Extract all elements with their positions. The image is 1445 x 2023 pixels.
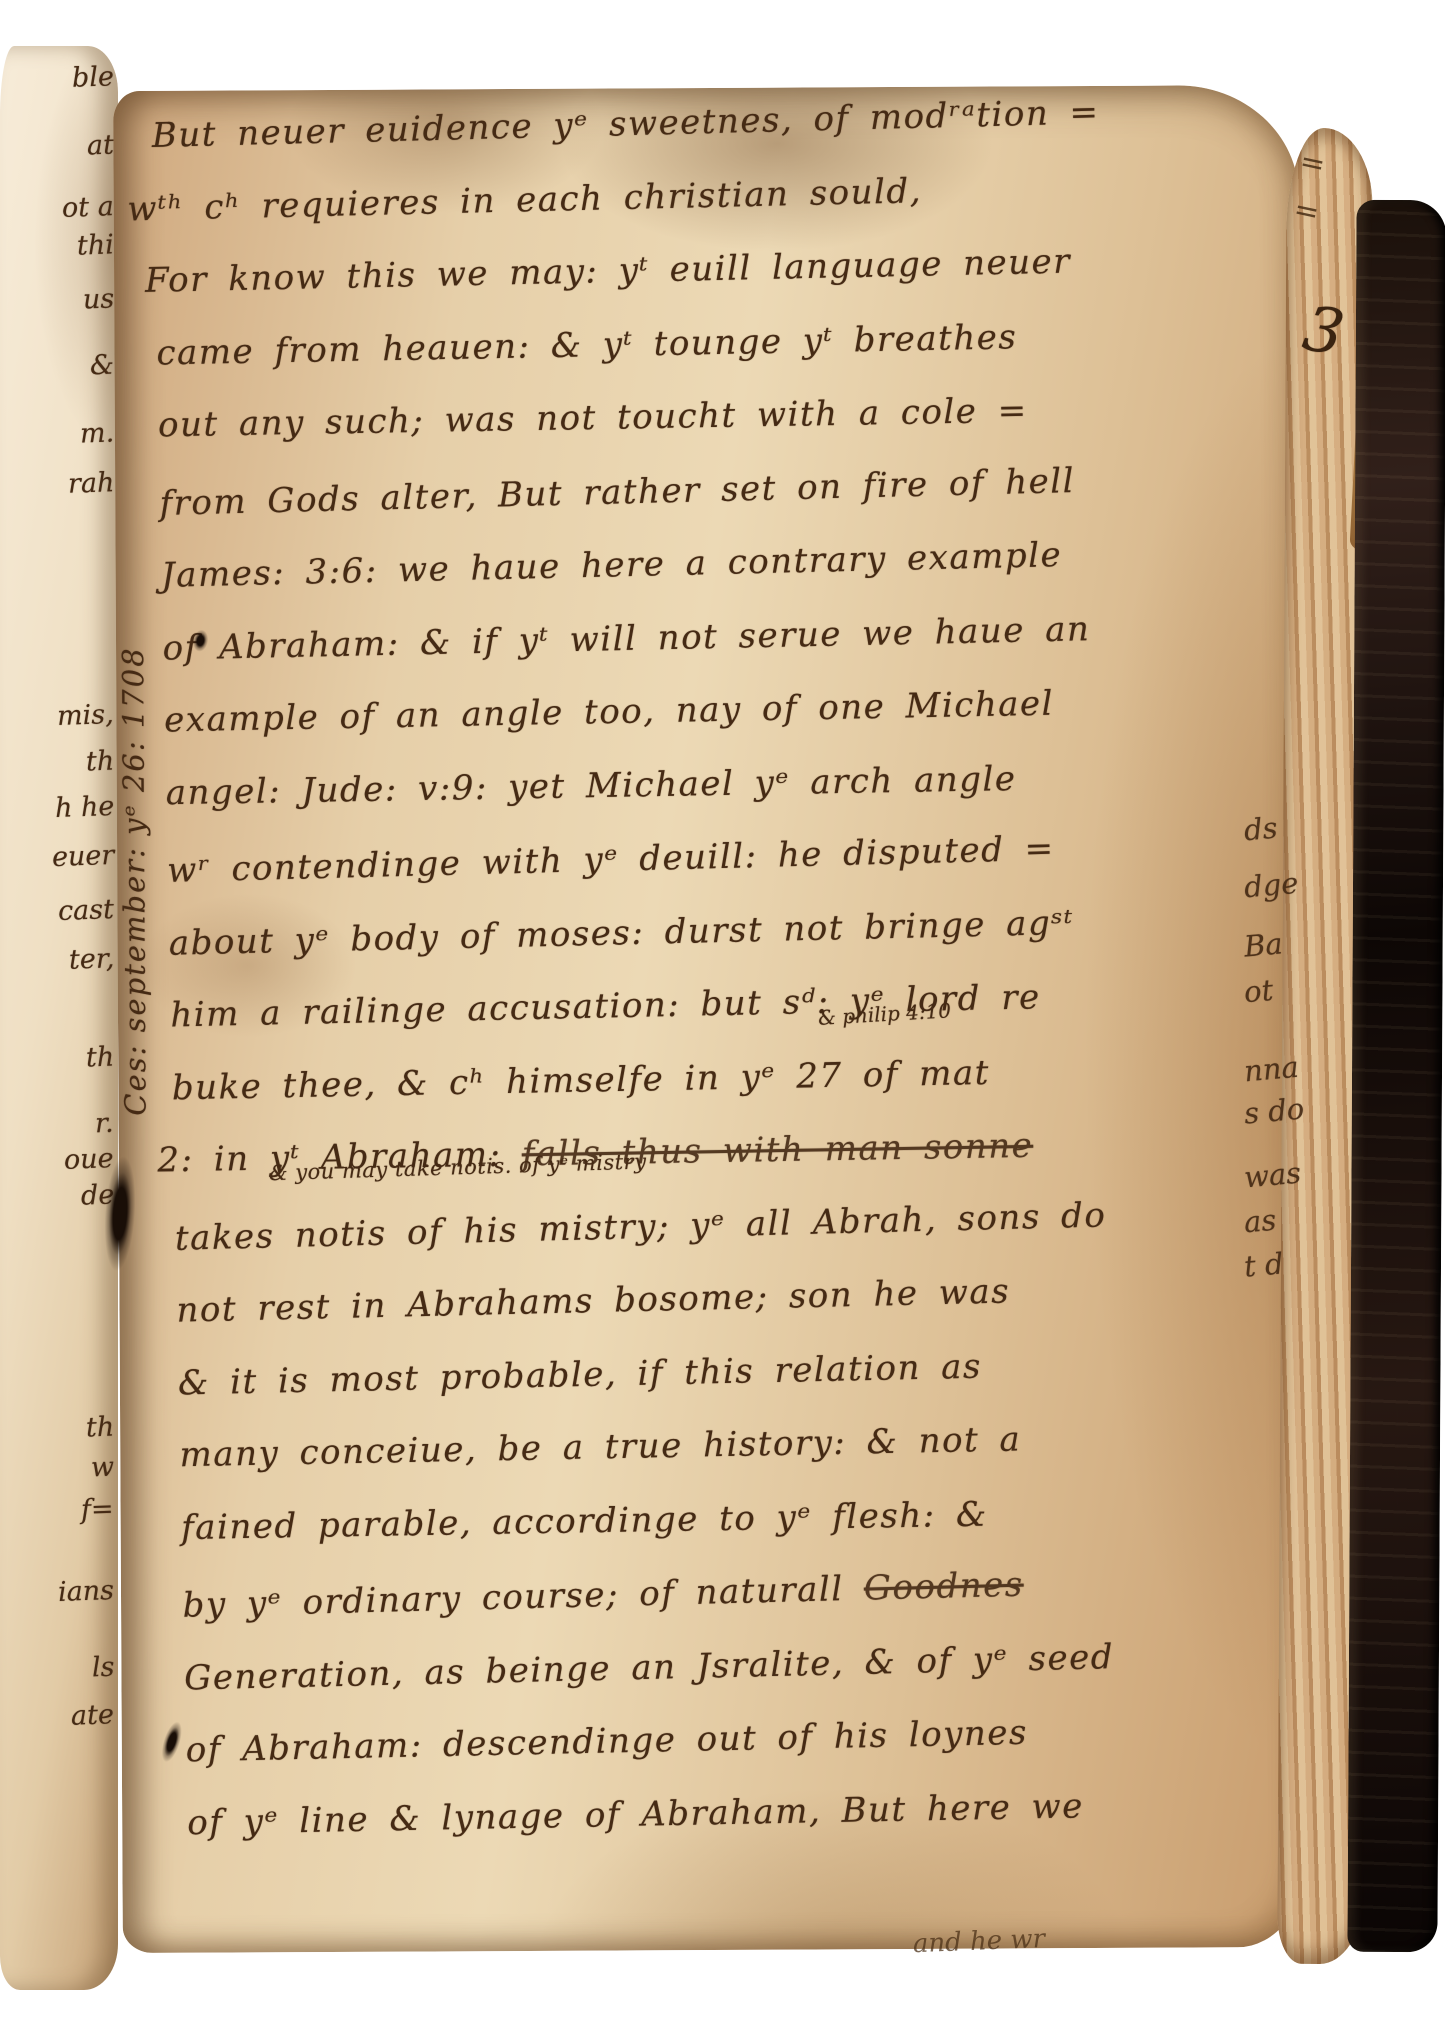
facing-page-text-fragment: w bbox=[90, 1452, 114, 1484]
facing-page-text-fragment: euer bbox=[51, 840, 114, 873]
facing-page-text-fragment: ls bbox=[91, 1652, 115, 1684]
facing-page-text-fragment: th bbox=[85, 1042, 114, 1074]
facing-page-text-fragment: oue bbox=[64, 1143, 115, 1176]
facing-page-text-fragment: ot a bbox=[62, 191, 115, 224]
facing-page-text-fragment: th bbox=[85, 1412, 114, 1444]
manuscript-text: But neuer euidence yᵉ sweetnes, of modʳᵃ… bbox=[151, 90, 1298, 1877]
facing-page-text-fragment: ians bbox=[57, 1575, 114, 1608]
fore-edge-text-fragment: ds bbox=[1243, 811, 1279, 848]
ink-blot bbox=[158, 1719, 186, 1764]
fore-edge-text-fragment: ot bbox=[1243, 973, 1275, 1009]
fore-edge-text-fragment: was bbox=[1243, 1156, 1303, 1195]
facing-page-text-fragment: th bbox=[85, 746, 114, 778]
facing-page-text-fragment: m. bbox=[79, 417, 114, 449]
manuscript-photo: bleatot athius&m.rahmis,thh heeuercastte… bbox=[0, 0, 1445, 2023]
fore-edge-text-fragment: dge bbox=[1243, 866, 1300, 905]
facing-page-edge: bleatot athius&m.rahmis,thh heeuercastte… bbox=[0, 46, 118, 1990]
facing-page-text-fragment: ble bbox=[72, 61, 115, 93]
leather-cover bbox=[1347, 200, 1445, 1952]
manuscript-page: Ces: september: yᵉ 26: 1708 But neuer eu… bbox=[113, 85, 1308, 1953]
struck-text: Goodnes bbox=[863, 1565, 1024, 1609]
facing-page-text-fragment: cast bbox=[58, 894, 115, 927]
trailing-text-fragment: and he wr bbox=[912, 1924, 1045, 1959]
fore-edge-text-fragment: as bbox=[1243, 1203, 1278, 1240]
fore-edge-text-fragment: nna bbox=[1243, 1050, 1300, 1089]
facing-page-text-fragment: ate bbox=[71, 1699, 115, 1731]
facing-page-text-fragment: thi bbox=[77, 229, 115, 261]
fore-edge-text-fragment: t d bbox=[1243, 1246, 1285, 1283]
fore-edge-text-fragment: s do bbox=[1243, 1091, 1306, 1130]
facing-page-text-fragment: f= bbox=[81, 1493, 115, 1525]
fore-edge-text-fragment: Ba bbox=[1243, 926, 1284, 963]
facing-page-text-fragment: h he bbox=[54, 791, 114, 824]
facing-page-text-fragment: at bbox=[87, 130, 115, 162]
facing-page-text-fragment: mis, bbox=[57, 699, 115, 732]
facing-page-text-fragment: us bbox=[82, 283, 114, 315]
facing-page-text-fragment: r. bbox=[95, 1108, 115, 1140]
facing-page-text-fragment: ter, bbox=[68, 943, 114, 976]
facing-page-text-fragment: & bbox=[89, 350, 114, 382]
facing-page-text-fragment: rah bbox=[67, 467, 114, 500]
